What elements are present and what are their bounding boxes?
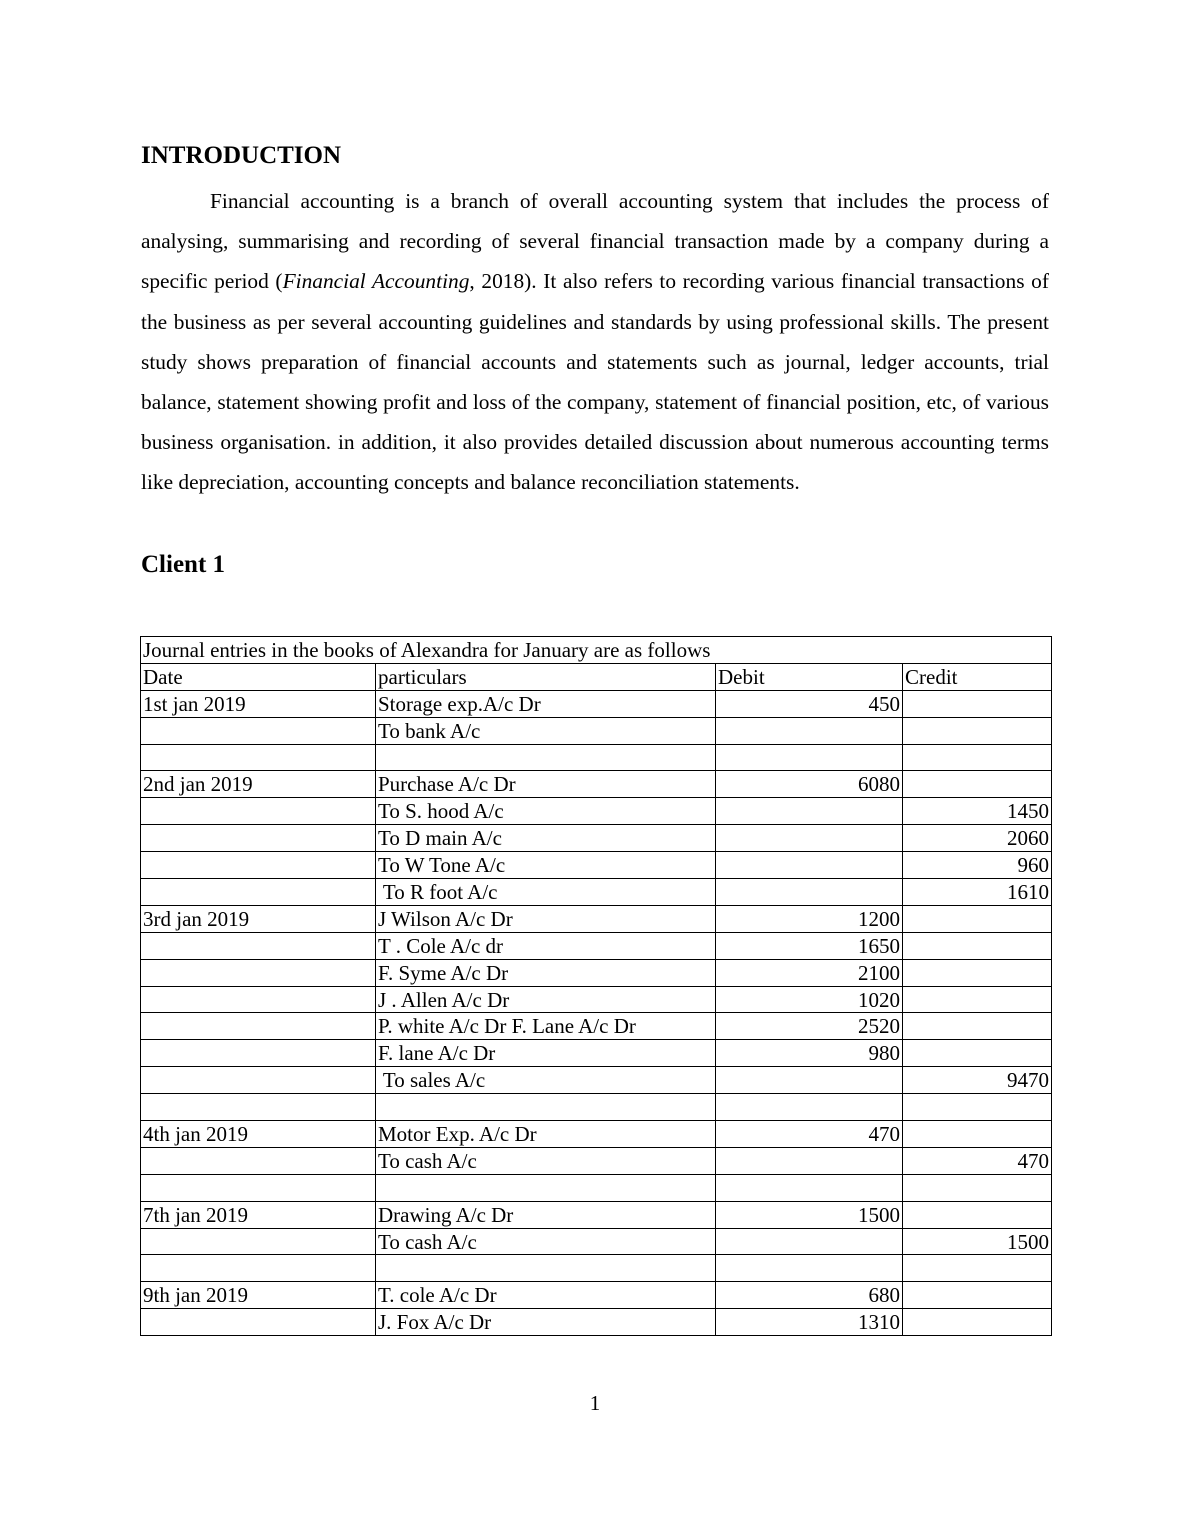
cell-debit <box>716 852 903 879</box>
introduction-paragraph: Financial accounting is a branch of over… <box>141 181 1049 503</box>
cell-debit: 980 <box>716 1040 903 1067</box>
cell-debit: 470 <box>716 1121 903 1148</box>
cell-debit <box>716 1147 903 1174</box>
table-row: To D main A/c2060 <box>141 825 1052 852</box>
table-row: To S. hood A/c1450 <box>141 798 1052 825</box>
header-date: Date <box>141 663 376 690</box>
cell-debit <box>716 1228 903 1255</box>
cell-debit: 1500 <box>716 1201 903 1228</box>
page-number: 1 <box>0 1391 1190 1416</box>
cell-debit: 1310 <box>716 1309 903 1336</box>
cell-debit: 2100 <box>716 959 903 986</box>
cell-debit <box>716 1255 903 1282</box>
cell-particulars: J. Fox A/c Dr <box>376 1309 716 1336</box>
table-row <box>141 1094 1052 1121</box>
cell-date <box>141 1174 376 1201</box>
table-row: 7th jan 2019Drawing A/c Dr1500 <box>141 1201 1052 1228</box>
client-heading: Client 1 <box>141 550 225 580</box>
cell-debit: 2520 <box>716 1013 903 1040</box>
cell-particulars <box>376 744 716 771</box>
table-row: 4th jan 2019Motor Exp. A/c Dr470 <box>141 1121 1052 1148</box>
cell-credit <box>903 771 1052 798</box>
cell-particulars: To bank A/c <box>376 717 716 744</box>
cell-date <box>141 717 376 744</box>
cell-date <box>141 798 376 825</box>
cell-credit <box>903 959 1052 986</box>
cell-date <box>141 1040 376 1067</box>
cell-date: 7th jan 2019 <box>141 1201 376 1228</box>
cell-particulars <box>376 1094 716 1121</box>
table-row: To bank A/c <box>141 717 1052 744</box>
cell-particulars: Storage exp.A/c Dr <box>376 690 716 717</box>
cell-particulars: T . Cole A/c dr <box>376 932 716 959</box>
cell-credit <box>903 690 1052 717</box>
cell-date: 3rd jan 2019 <box>141 905 376 932</box>
header-credit: Credit <box>903 663 1052 690</box>
cell-date <box>141 1094 376 1121</box>
header-particulars: particulars <box>376 663 716 690</box>
cell-debit <box>716 1094 903 1121</box>
cell-particulars <box>376 1255 716 1282</box>
cell-particulars: To D main A/c <box>376 825 716 852</box>
table-row: P. white A/c Dr F. Lane A/c Dr2520 <box>141 1013 1052 1040</box>
cell-credit: 960 <box>903 852 1052 879</box>
table-row: 3rd jan 2019J Wilson A/c Dr1200 <box>141 905 1052 932</box>
cell-debit: 1020 <box>716 986 903 1013</box>
cell-date <box>141 879 376 906</box>
cell-date <box>141 1067 376 1094</box>
table-row <box>141 1174 1052 1201</box>
cell-date: 1st jan 2019 <box>141 690 376 717</box>
cell-date <box>141 852 376 879</box>
cell-credit <box>903 905 1052 932</box>
cell-date: 4th jan 2019 <box>141 1121 376 1148</box>
cell-credit <box>903 1255 1052 1282</box>
table-row <box>141 1255 1052 1282</box>
cell-particulars: J Wilson A/c Dr <box>376 905 716 932</box>
cell-date <box>141 959 376 986</box>
cell-date: 2nd jan 2019 <box>141 771 376 798</box>
cell-particulars: Purchase A/c Dr <box>376 771 716 798</box>
cell-credit <box>903 1040 1052 1067</box>
cell-credit <box>903 1174 1052 1201</box>
table-caption-row: Journal entries in the books of Alexandr… <box>141 637 1052 664</box>
cell-debit: 450 <box>716 690 903 717</box>
cell-date <box>141 825 376 852</box>
table-row <box>141 744 1052 771</box>
cell-debit: 680 <box>716 1282 903 1309</box>
table-row: To cash A/c470 <box>141 1147 1052 1174</box>
table-header-row: Date particulars Debit Credit <box>141 663 1052 690</box>
cell-credit: 470 <box>903 1147 1052 1174</box>
cell-particulars: To cash A/c <box>376 1228 716 1255</box>
table-row: To sales A/c9470 <box>141 1067 1052 1094</box>
cell-date: 9th jan 2019 <box>141 1282 376 1309</box>
cell-credit <box>903 1013 1052 1040</box>
cell-particulars <box>376 1174 716 1201</box>
table-row: To W Tone A/c960 <box>141 852 1052 879</box>
cell-debit <box>716 1067 903 1094</box>
cell-credit <box>903 932 1052 959</box>
cell-date <box>141 932 376 959</box>
table-row: F. Syme A/c Dr2100 <box>141 959 1052 986</box>
cell-date <box>141 744 376 771</box>
cell-credit: 2060 <box>903 825 1052 852</box>
table-caption: Journal entries in the books of Alexandr… <box>141 637 1052 664</box>
cell-particulars: J . Allen A/c Dr <box>376 986 716 1013</box>
cell-particulars: P. white A/c Dr F. Lane A/c Dr <box>376 1013 716 1040</box>
header-debit: Debit <box>716 663 903 690</box>
cell-credit <box>903 1121 1052 1148</box>
table-row: To R foot A/c1610 <box>141 879 1052 906</box>
table-row: J . Allen A/c Dr1020 <box>141 986 1052 1013</box>
cell-particulars: To S. hood A/c <box>376 798 716 825</box>
introduction-heading: INTRODUCTION <box>141 141 341 171</box>
cell-particulars: To cash A/c <box>376 1147 716 1174</box>
cell-date <box>141 1228 376 1255</box>
cell-debit: 1200 <box>716 905 903 932</box>
cell-debit <box>716 798 903 825</box>
cell-debit <box>716 1174 903 1201</box>
para-text-2: , 2018). It also refers to recording var… <box>141 269 1049 494</box>
cell-debit <box>716 717 903 744</box>
table-row: T . Cole A/c dr1650 <box>141 932 1052 959</box>
para-citation-title: Financial Accounting <box>283 269 470 293</box>
cell-particulars: F. lane A/c Dr <box>376 1040 716 1067</box>
table-row: F. lane A/c Dr980 <box>141 1040 1052 1067</box>
cell-credit <box>903 744 1052 771</box>
cell-credit: 9470 <box>903 1067 1052 1094</box>
cell-particulars: Drawing A/c Dr <box>376 1201 716 1228</box>
cell-credit <box>903 1309 1052 1336</box>
cell-date <box>141 1255 376 1282</box>
table-row: To cash A/c1500 <box>141 1228 1052 1255</box>
cell-credit <box>903 1282 1052 1309</box>
cell-credit: 1500 <box>903 1228 1052 1255</box>
cell-credit <box>903 1094 1052 1121</box>
cell-particulars: To sales A/c <box>376 1067 716 1094</box>
cell-debit: 6080 <box>716 771 903 798</box>
cell-particulars: F. Syme A/c Dr <box>376 959 716 986</box>
cell-credit: 1450 <box>903 798 1052 825</box>
cell-particulars: To W Tone A/c <box>376 852 716 879</box>
journal-table: Journal entries in the books of Alexandr… <box>140 636 1052 1336</box>
cell-particulars: To R foot A/c <box>376 879 716 906</box>
cell-credit <box>903 986 1052 1013</box>
cell-debit <box>716 879 903 906</box>
table-row: 9th jan 2019T. cole A/c Dr680 <box>141 1282 1052 1309</box>
cell-date <box>141 986 376 1013</box>
cell-particulars: T. cole A/c Dr <box>376 1282 716 1309</box>
cell-debit: 1650 <box>716 932 903 959</box>
table-row: 1st jan 2019Storage exp.A/c Dr450 <box>141 690 1052 717</box>
cell-debit <box>716 825 903 852</box>
cell-credit <box>903 1201 1052 1228</box>
cell-debit <box>716 744 903 771</box>
table-row: 2nd jan 2019Purchase A/c Dr6080 <box>141 771 1052 798</box>
cell-credit <box>903 717 1052 744</box>
cell-date <box>141 1147 376 1174</box>
table-row: J. Fox A/c Dr1310 <box>141 1309 1052 1336</box>
cell-particulars: Motor Exp. A/c Dr <box>376 1121 716 1148</box>
cell-date <box>141 1309 376 1336</box>
cell-credit: 1610 <box>903 879 1052 906</box>
cell-date <box>141 1013 376 1040</box>
